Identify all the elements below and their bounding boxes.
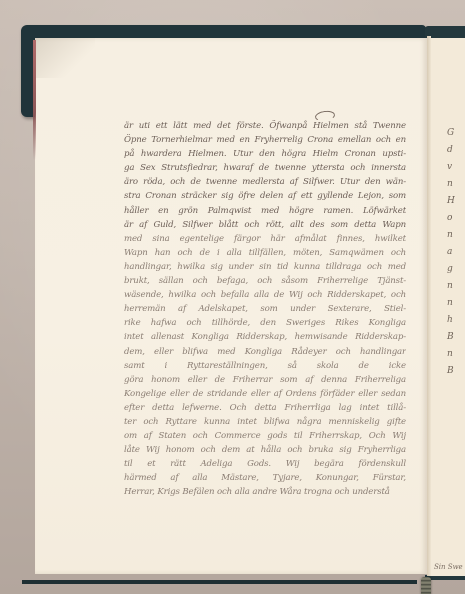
book-cover-binding-right: [425, 26, 465, 38]
manuscript-line: om af Staten och Commerce gods til Frihe…: [124, 429, 406, 443]
right-page-glyph: v: [447, 159, 465, 176]
manuscript-line: stra Cronan sträcker sig öfre delen af e…: [124, 189, 406, 203]
right-page-glyph: G: [447, 125, 465, 142]
right-page-glyph: n: [447, 176, 465, 193]
manuscript-line: dem, eller blifwa med Kongliga Rådeyer o…: [124, 345, 406, 359]
right-page-glyph: B: [447, 363, 465, 380]
bookmark-tassel: [421, 577, 431, 594]
manuscript-line: samt i Ryttareställningen, så skola de i…: [124, 359, 406, 373]
right-page-glyph: d: [447, 142, 465, 159]
manuscript-line: Kongelige eller de stridande eller af Or…: [124, 387, 406, 401]
manuscript-line: med sina egentelige färgor här afmålat f…: [124, 232, 406, 246]
manuscript-line: är uti ett lätt med det förste. Öfwanpå …: [124, 119, 406, 133]
right-page-glyph: H: [447, 193, 465, 210]
manuscript-line: brukt, sällan och befaga, och såsom Frih…: [124, 274, 406, 288]
right-page-footer-text: Sin Swe: [434, 563, 463, 571]
manuscript-line: göra honom eller de Friherrar som af den…: [124, 373, 406, 387]
right-page-margin-text: G d v n H o n a g n n h B n B: [447, 125, 465, 380]
right-page-glyph: B: [447, 329, 465, 346]
manuscript-line: herremän af Adelskapet, som under Sexter…: [124, 302, 406, 316]
book-cover-bottom-edge: [22, 580, 417, 584]
manuscript-line: Wapn han och de i alla tillfällen, möten…: [124, 246, 406, 260]
right-page-glyph: a: [447, 244, 465, 261]
right-page-glyph: n: [447, 278, 465, 295]
right-page-glyph: n: [447, 295, 465, 312]
manuscript-line: ga Sex Strutsfiedrar, hwaraf de twenne y…: [124, 161, 406, 175]
right-page-glyph: g: [447, 261, 465, 278]
manuscript-line: Öpne Tornerhielmar med en Fryherrelig Cr…: [124, 133, 406, 147]
manuscript-line: håller en grön Palmqwist med högre ramen…: [124, 204, 406, 218]
manuscript-line: Herrar, Krigs Befälen och alla andre Wår…: [124, 485, 406, 499]
manuscript-line: är af Guld, Silfwer blått och rött, allt…: [124, 218, 406, 232]
manuscript-line: äro röda, och de twenne medlersta af Sil…: [124, 175, 406, 189]
manuscript-line: handlingar, hwilka sig under sin tid kun…: [124, 260, 406, 274]
manuscript-line: härmed af alla Mästare, Tyjare, Konungar…: [124, 471, 406, 485]
right-page-glyph: n: [447, 227, 465, 244]
manuscript-line: ter och Ryttare kunna intet blifwa några…: [124, 415, 406, 429]
manuscript-line: efter detta lefwerne. Och detta Friherrl…: [124, 401, 406, 415]
manuscript-line: låte Wij honom och dem at hålla och bruk…: [124, 443, 406, 457]
page-edge-red-gilt: [33, 40, 36, 160]
manuscript-line: intet allenast Kongliga Ridderskap, hemw…: [124, 330, 406, 344]
right-page-glyph: n: [447, 346, 465, 363]
right-page-glyph: h: [447, 312, 465, 329]
right-page-glyph: o: [447, 210, 465, 227]
manuscript-line: til et rätt Adeliga Gods. Wij begära för…: [124, 457, 406, 471]
manuscript-line: rike hafwa och tillhörde, den Sweriges R…: [124, 316, 406, 330]
manuscript-text-block: är uti ett lätt med det förste. Öfwanpå …: [124, 119, 406, 500]
manuscript-line: wäsende, hwilka och befalla alla de Wij …: [124, 288, 406, 302]
manuscript-line: på hwardera Hielmen. Utur den högra Hiel…: [124, 147, 406, 161]
